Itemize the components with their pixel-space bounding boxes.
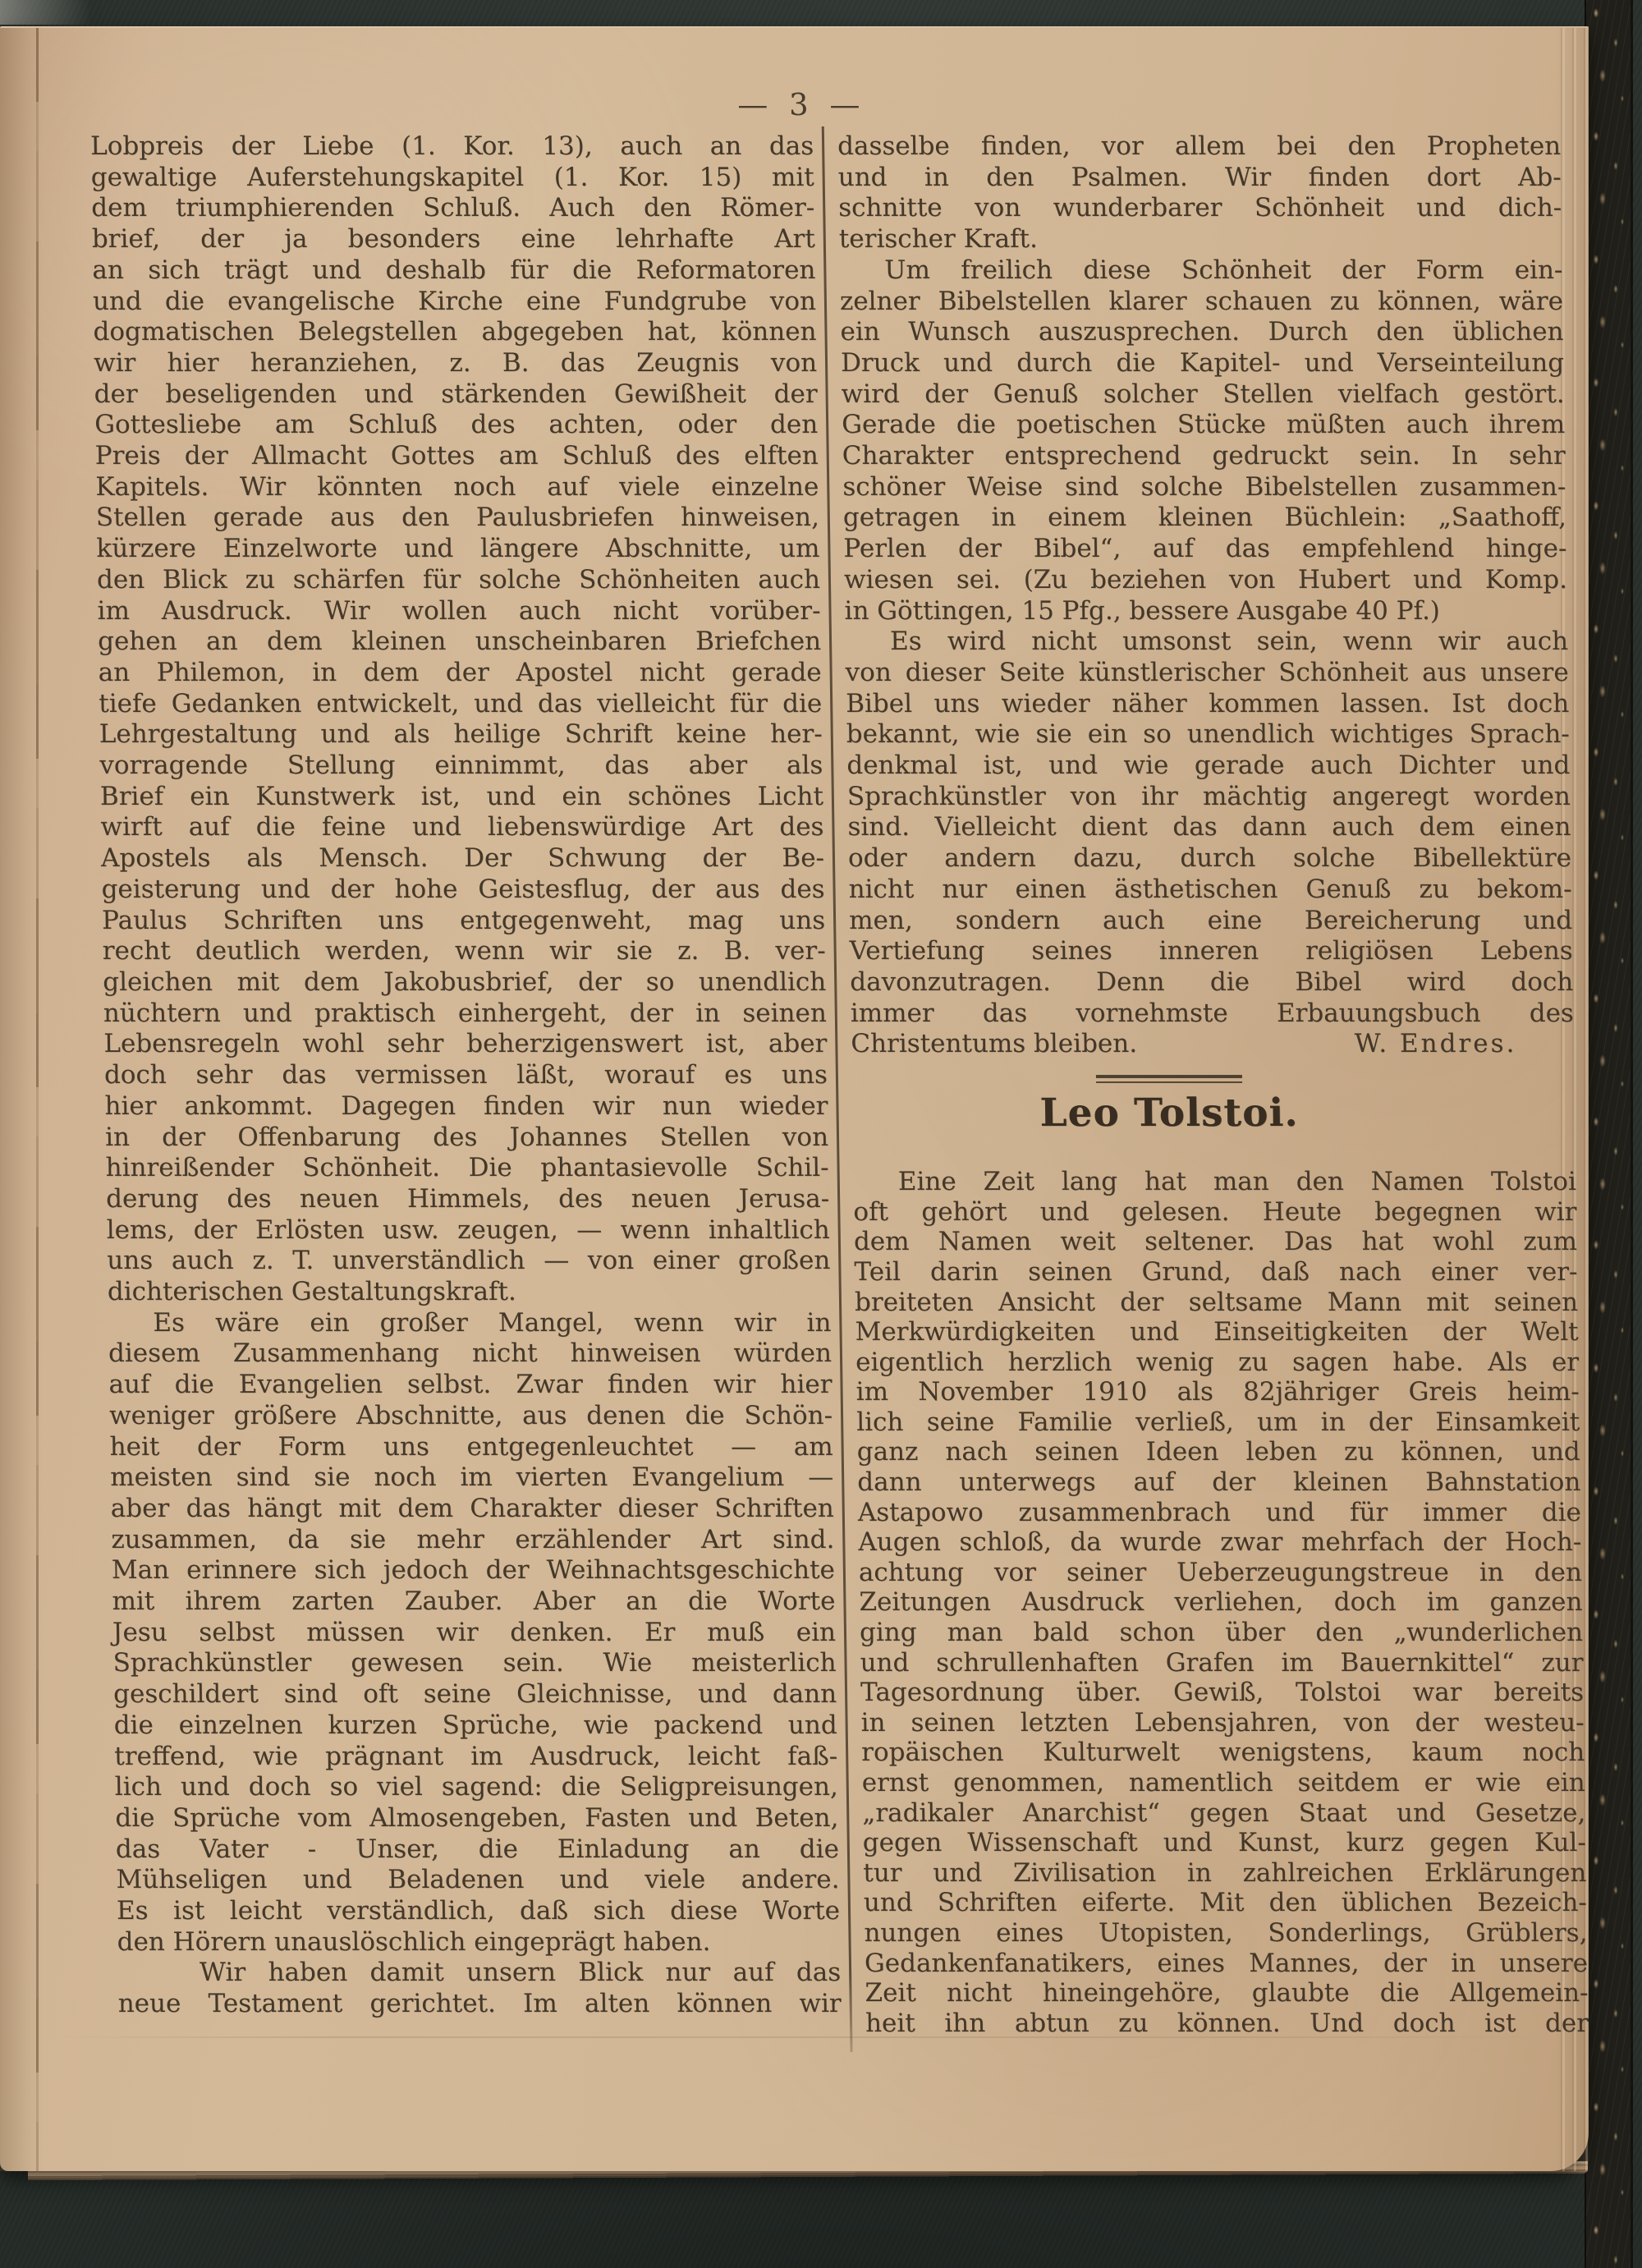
- left-column-text: Lobpreis der Liebe (1. Kor. 13), auch an…: [90, 131, 842, 2020]
- text-line: oder andern dazu, durch solche Bibellekt…: [848, 843, 1572, 875]
- text-line: Stellen gerade aus den Paulusbriefen hin…: [96, 503, 820, 534]
- text-line: doch sehr das vermissen läßt, worauf es …: [104, 1060, 828, 1091]
- text-line: zusammen, da sie mehr erzählender Art si…: [111, 1525, 835, 1556]
- article-closing-line: Christentums bleiben. W. Endres.: [851, 1029, 1575, 1060]
- text-line: derung des neuen Himmels, des neuen Jeru…: [106, 1184, 830, 1215]
- text-line: hier ankommt. Dagegen finden wir nun wie…: [104, 1091, 828, 1123]
- text-line: weniger größere Abschnitte, aus denen di…: [109, 1401, 833, 1432]
- right-column-text-part2: Eine Zeit lang hat man den Namen Tolstoi…: [853, 1167, 1589, 2038]
- text-line: dasselbe finden, vor allem bei den Proph…: [837, 131, 1562, 163]
- text-line: wirft auf die feine und liebenswürdige A…: [100, 812, 824, 843]
- text-line: in seinen letzten Lebensjahren, von der …: [860, 1708, 1585, 1738]
- text-line: hinreißender Schönheit. Die phantasievol…: [105, 1153, 829, 1184]
- text-line: dichterischen Gestaltungskraft.: [108, 1277, 832, 1308]
- text-line: men, sondern auch eine Bereicherung und: [849, 906, 1573, 937]
- text-line: lich seine Familie verließ, um in der Ei…: [856, 1407, 1580, 1438]
- text-line: tur und Zivilisation in zahlreichen Erkl…: [863, 1858, 1587, 1889]
- text-line: Astapowo zusammenbrach und für immer die: [858, 1498, 1582, 1528]
- text-line: und in den Psalmen. Wir finden dort Ab-: [837, 163, 1562, 194]
- paragraph: Es wird nicht umsonst sein, wenn wir auc…: [845, 627, 1574, 1029]
- text-line: wird der Genuß solcher Stellen vielfach …: [841, 379, 1565, 411]
- page-number: — 3 —: [1, 87, 1603, 122]
- text-line: achtung vor seiner Ueberzeugungstreue in…: [859, 1558, 1583, 1588]
- text-line: eigentlich herzlich wenig zu sagen habe.…: [855, 1347, 1580, 1378]
- text-line: Sprachkünstler gewesen sein. Wie meister…: [112, 1648, 837, 1679]
- left-column: Lobpreis der Liebe (1. Kor. 13), auch an…: [90, 131, 842, 2020]
- text-line: und die evangelische Kirche eine Fundgru…: [93, 287, 817, 318]
- paragraph: Lobpreis der Liebe (1. Kor. 13), auch an…: [90, 131, 831, 1308]
- text-line: Sprachkünstler von ihr mächtig angeregt …: [847, 782, 1571, 813]
- text-line: Es wird nicht umsonst sein, wenn wir auc…: [845, 627, 1569, 658]
- text-line: in der Offenbarung des Johannes Stellen …: [105, 1123, 829, 1154]
- text-line: bekannt, wie sie ein so unendlich wichti…: [846, 719, 1570, 751]
- text-line: heit der Form uns entgegenleuchtet — am: [109, 1432, 833, 1463]
- text-line: und Schriften eiferte. Mit den üblichen …: [864, 1888, 1588, 1918]
- text-line: Es wäre ein großer Mangel, wenn wir in: [108, 1308, 832, 1339]
- text-line: Kapitels. Wir könnten noch auf viele ein…: [95, 472, 819, 503]
- text-line: Man erinnere sich jedoch der Weihnachtsg…: [112, 1555, 836, 1586]
- article-title: Leo Tolstoi.: [807, 1091, 1531, 1136]
- right-column: dasselbe finden, vor allem bei den Proph…: [837, 131, 1589, 2038]
- text-line: Jesu selbst müssen wir denken. Er muß ei…: [112, 1618, 837, 1649]
- text-line: Lehrgestaltung und als heilige Schrift k…: [99, 719, 823, 751]
- table-surface-patch: [0, 0, 107, 25]
- text-line: Mühseligen und Beladenen und viele ander…: [116, 1865, 840, 1896]
- text-line: das Vater - Unser, die Einladung an die: [116, 1834, 840, 1866]
- text-line: Eine Zeit lang hat man den Namen Tolstoi: [853, 1167, 1577, 1197]
- text-line: nicht nur einen ästhetischen Genuß zu be…: [848, 875, 1572, 906]
- text-line: zelner Bibelstellen klarer schauen zu kö…: [840, 287, 1564, 318]
- text-line: auf die Evangelien selbst. Zwar finden w…: [108, 1370, 832, 1401]
- text-line: wir hier heranziehen, z. B. das Zeugnis …: [94, 348, 818, 379]
- text-line: Lebensregeln wohl sehr beherzigenswert i…: [103, 1029, 828, 1060]
- text-line: geschildert sind oft seine Gleichnisse, …: [113, 1679, 837, 1710]
- text-line: Charakter entsprechend gedruckt sein. In…: [842, 441, 1566, 472]
- text-line: dogmatischen Belegstellen abgegeben hat,…: [93, 317, 817, 348]
- text-line: schnitte von wunderbarer Schönheit und d…: [838, 193, 1562, 224]
- text-line: der beseligenden und stärkenden Gewißhei…: [94, 379, 818, 411]
- text-line: Gottesliebe am Schluß des achten, oder d…: [94, 410, 819, 441]
- text-line: nüchtern und praktisch einhergeht, der i…: [103, 999, 828, 1030]
- text-line: Wir haben damit unsern Blick nur auf das: [117, 1958, 842, 1989]
- text-line: Zeit nicht hineingehöre, glaubte die All…: [865, 1978, 1589, 2009]
- text-line: Merkwürdigkeiten und Einseitigkeiten der…: [855, 1317, 1579, 1347]
- text-line: dem Namen weit seltener. Das hat wohl zu…: [854, 1227, 1578, 1257]
- text-line: geisterung und der hohe Geistesflug, der…: [101, 875, 825, 906]
- text-line: kürzere Einzelworte und längere Abschnit…: [96, 534, 820, 565]
- closing-text: Christentums bleiben.: [851, 1029, 1137, 1060]
- text-line: Gedankenfanatikers, eines Mannes, der in…: [865, 1949, 1589, 1979]
- text-line: dann unterwegs auf der kleinen Bahnstati…: [857, 1467, 1581, 1498]
- text-line: an sich trägt und deshalb für die Reform…: [92, 255, 816, 287]
- text-line: Perlen der Bibel“, auf das empfehlend hi…: [843, 534, 1567, 565]
- paragraph: Eine Zeit lang hat man den Namen Tolstoi…: [853, 1167, 1589, 2038]
- text-line: brief, der ja besonders eine lehrhafte A…: [92, 224, 816, 255]
- paragraph: dasselbe finden, vor allem bei den Proph…: [837, 131, 1562, 255]
- text-line: wiesen sei. (Zu beziehen von Hubert und …: [844, 565, 1568, 596]
- text-line: gleichen mit dem Jakobusbrief, der so un…: [103, 967, 827, 999]
- text-line: Augen schloß, da wurde zwar mehrfach der…: [858, 1527, 1582, 1558]
- text-line: ging man bald schon über den „wunderlich…: [860, 1618, 1584, 1648]
- section-divider-rule: [1095, 1075, 1241, 1083]
- text-line: Um freilich diese Schönheit der Form ein…: [839, 255, 1563, 287]
- text-line: nungen eines Utopisten, Sonderlings, Grü…: [864, 1918, 1588, 1949]
- text-line: „radikaler Anarchist“ gegen Staat und Ge…: [862, 1798, 1586, 1829]
- text-line: Es ist leicht verständlich, daß sich die…: [117, 1896, 841, 1927]
- text-line: ein Wunsch auszusprechen. Durch den übli…: [840, 317, 1564, 348]
- text-line: treffend, wie prägnant im Ausdruck, leic…: [114, 1742, 838, 1773]
- text-line: Bibel uns wieder näher kommen lassen. Is…: [846, 689, 1570, 720]
- text-line: Lobpreis der Liebe (1. Kor. 13), auch an…: [90, 131, 814, 163]
- text-line: Tagesordnung über. Gewiß, Tolstoi war be…: [860, 1678, 1585, 1708]
- text-line: von dieser Seite künstlerischer Schönhei…: [845, 658, 1569, 689]
- paragraph: Wir haben damit unsern Blick nur auf das…: [117, 1958, 842, 2019]
- text-line: an Philemon, in dem der Apostel nicht ge…: [98, 658, 822, 689]
- text-line: Vertiefung seines inneren religiösen Leb…: [849, 936, 1573, 967]
- text-line: getragen in einem kleinen Büchlein: „Saa…: [843, 503, 1567, 534]
- text-line: uns auch z. T. unverständlich — von eine…: [107, 1246, 831, 1277]
- text-line: tiefe Gedanken entwickelt, und das viell…: [99, 689, 823, 720]
- text-line: lich und doch so viel sagend: die Seligp…: [115, 1772, 839, 1803]
- text-line: aber das hängt mit dem Charakter dieser …: [110, 1494, 834, 1525]
- text-line: lems, der Erlösten usw. zeugen, — wenn i…: [106, 1215, 830, 1246]
- text-line: die Sprüche vom Almosengeben, Fasten und…: [115, 1803, 839, 1834]
- text-line: Gerade die poetischen Stücke müßten auch…: [842, 410, 1566, 441]
- text-line: neue Testament gerichtet. Im alten könne…: [117, 1989, 842, 2020]
- text-line: terischer Kraft.: [839, 224, 1563, 255]
- text-line: sind. Vielleicht dient das dann auch dem…: [847, 812, 1571, 843]
- text-line: Preis der Allmacht Gottes am Schluß des …: [94, 441, 819, 472]
- text-line: davonzutragen. Denn die Bibel wird doch: [850, 967, 1574, 999]
- text-line: in Göttingen, 15 Pfg., bessere Ausgabe 4…: [844, 596, 1568, 627]
- text-line: mit ihrem zarten Zauber. Aber an die Wor…: [112, 1586, 836, 1618]
- text-line: diesem Zusammenhang nicht hinweisen würd…: [108, 1338, 832, 1370]
- page: — 3 — Lobpreis der Liebe (1. Kor. 13), a…: [0, 26, 1589, 2171]
- text-line: Zeitungen Ausdruck verliehen, doch im ga…: [859, 1587, 1583, 1618]
- text-line: die einzelnen kurzen Sprüche, wie packen…: [113, 1710, 837, 1742]
- paragraph: Um freilich diese Schönheit der Form ein…: [839, 255, 1568, 627]
- text-line: oft gehört und gelesen. Heute begegnen w…: [853, 1197, 1577, 1228]
- text-line: Teil darin seinen Grund, daß nach einer …: [854, 1257, 1578, 1288]
- text-line: im November 1910 als 82jähriger Greis he…: [855, 1377, 1580, 1407]
- text-line: Brief ein Kunstwerk ist, und ein schönes…: [100, 782, 824, 813]
- scanned-book-page-photo: — 3 — Lobpreis der Liebe (1. Kor. 13), a…: [0, 0, 1642, 2268]
- text-line: breiteten Ansicht der seltsame Mann mit …: [855, 1288, 1579, 1318]
- text-line: Paulus Schriften uns entgegenweht, mag u…: [102, 906, 826, 937]
- text-line: ernst genommen, namentlich seitdem er wi…: [861, 1768, 1585, 1798]
- text-line: dem triumphierenden Schluß. Auch den Röm…: [91, 193, 815, 224]
- printed-text-layer: — 3 — Lobpreis der Liebe (1. Kor. 13), a…: [0, 28, 1621, 2171]
- text-line: recht deutlich werden, wenn wir sie z. B…: [102, 936, 826, 967]
- author-signature: W. Endres.: [1355, 1029, 1575, 1060]
- text-line: den Blick zu schärfen für solche Schönhe…: [97, 565, 821, 596]
- text-line: denkmal ist, und wie gerade auch Dichter…: [846, 751, 1571, 782]
- text-line: im Ausdruck. Wir wollen auch nicht vorüb…: [97, 596, 821, 627]
- text-line: den Hörern unauslöschlich eingeprägt hab…: [117, 1927, 841, 1958]
- text-line: Apostels als Mensch. Der Schwung der Be-: [101, 843, 825, 875]
- text-line: Druck und durch die Kapitel- und Versein…: [841, 348, 1565, 379]
- text-line: ganz nach seinen Ideen leben zu können, …: [856, 1437, 1580, 1467]
- text-line: immer das vornehmste Erbauungsbuch des: [851, 999, 1575, 1030]
- text-line: schöner Weise sind solche Bibelstellen z…: [842, 472, 1566, 503]
- text-line: vorragende Stellung einnimmt, das aber a…: [99, 751, 823, 782]
- text-line: heit ihn abtun zu können. Und doch ist d…: [865, 2009, 1589, 2039]
- paragraph: Es wäre ein großer Mangel, wenn wir indi…: [108, 1308, 841, 1958]
- right-column-text-part1: dasselbe finden, vor allem bei den Proph…: [837, 131, 1574, 1029]
- text-line: gewaltige Auferstehungskapitel (1. Kor. …: [90, 163, 814, 194]
- text-line: meisten sind sie noch im vierten Evangel…: [110, 1462, 834, 1494]
- text-line: ropäischen Kulturwelt wenigstens, kaum n…: [861, 1738, 1585, 1768]
- text-line: gehen an dem kleinen unscheinbaren Brief…: [98, 627, 822, 658]
- text-line: und schrullenhaften Grafen im Bauernkitt…: [860, 1648, 1584, 1678]
- text-line: gegen Wissenschaft und Kunst, kurz gegen…: [863, 1828, 1587, 1858]
